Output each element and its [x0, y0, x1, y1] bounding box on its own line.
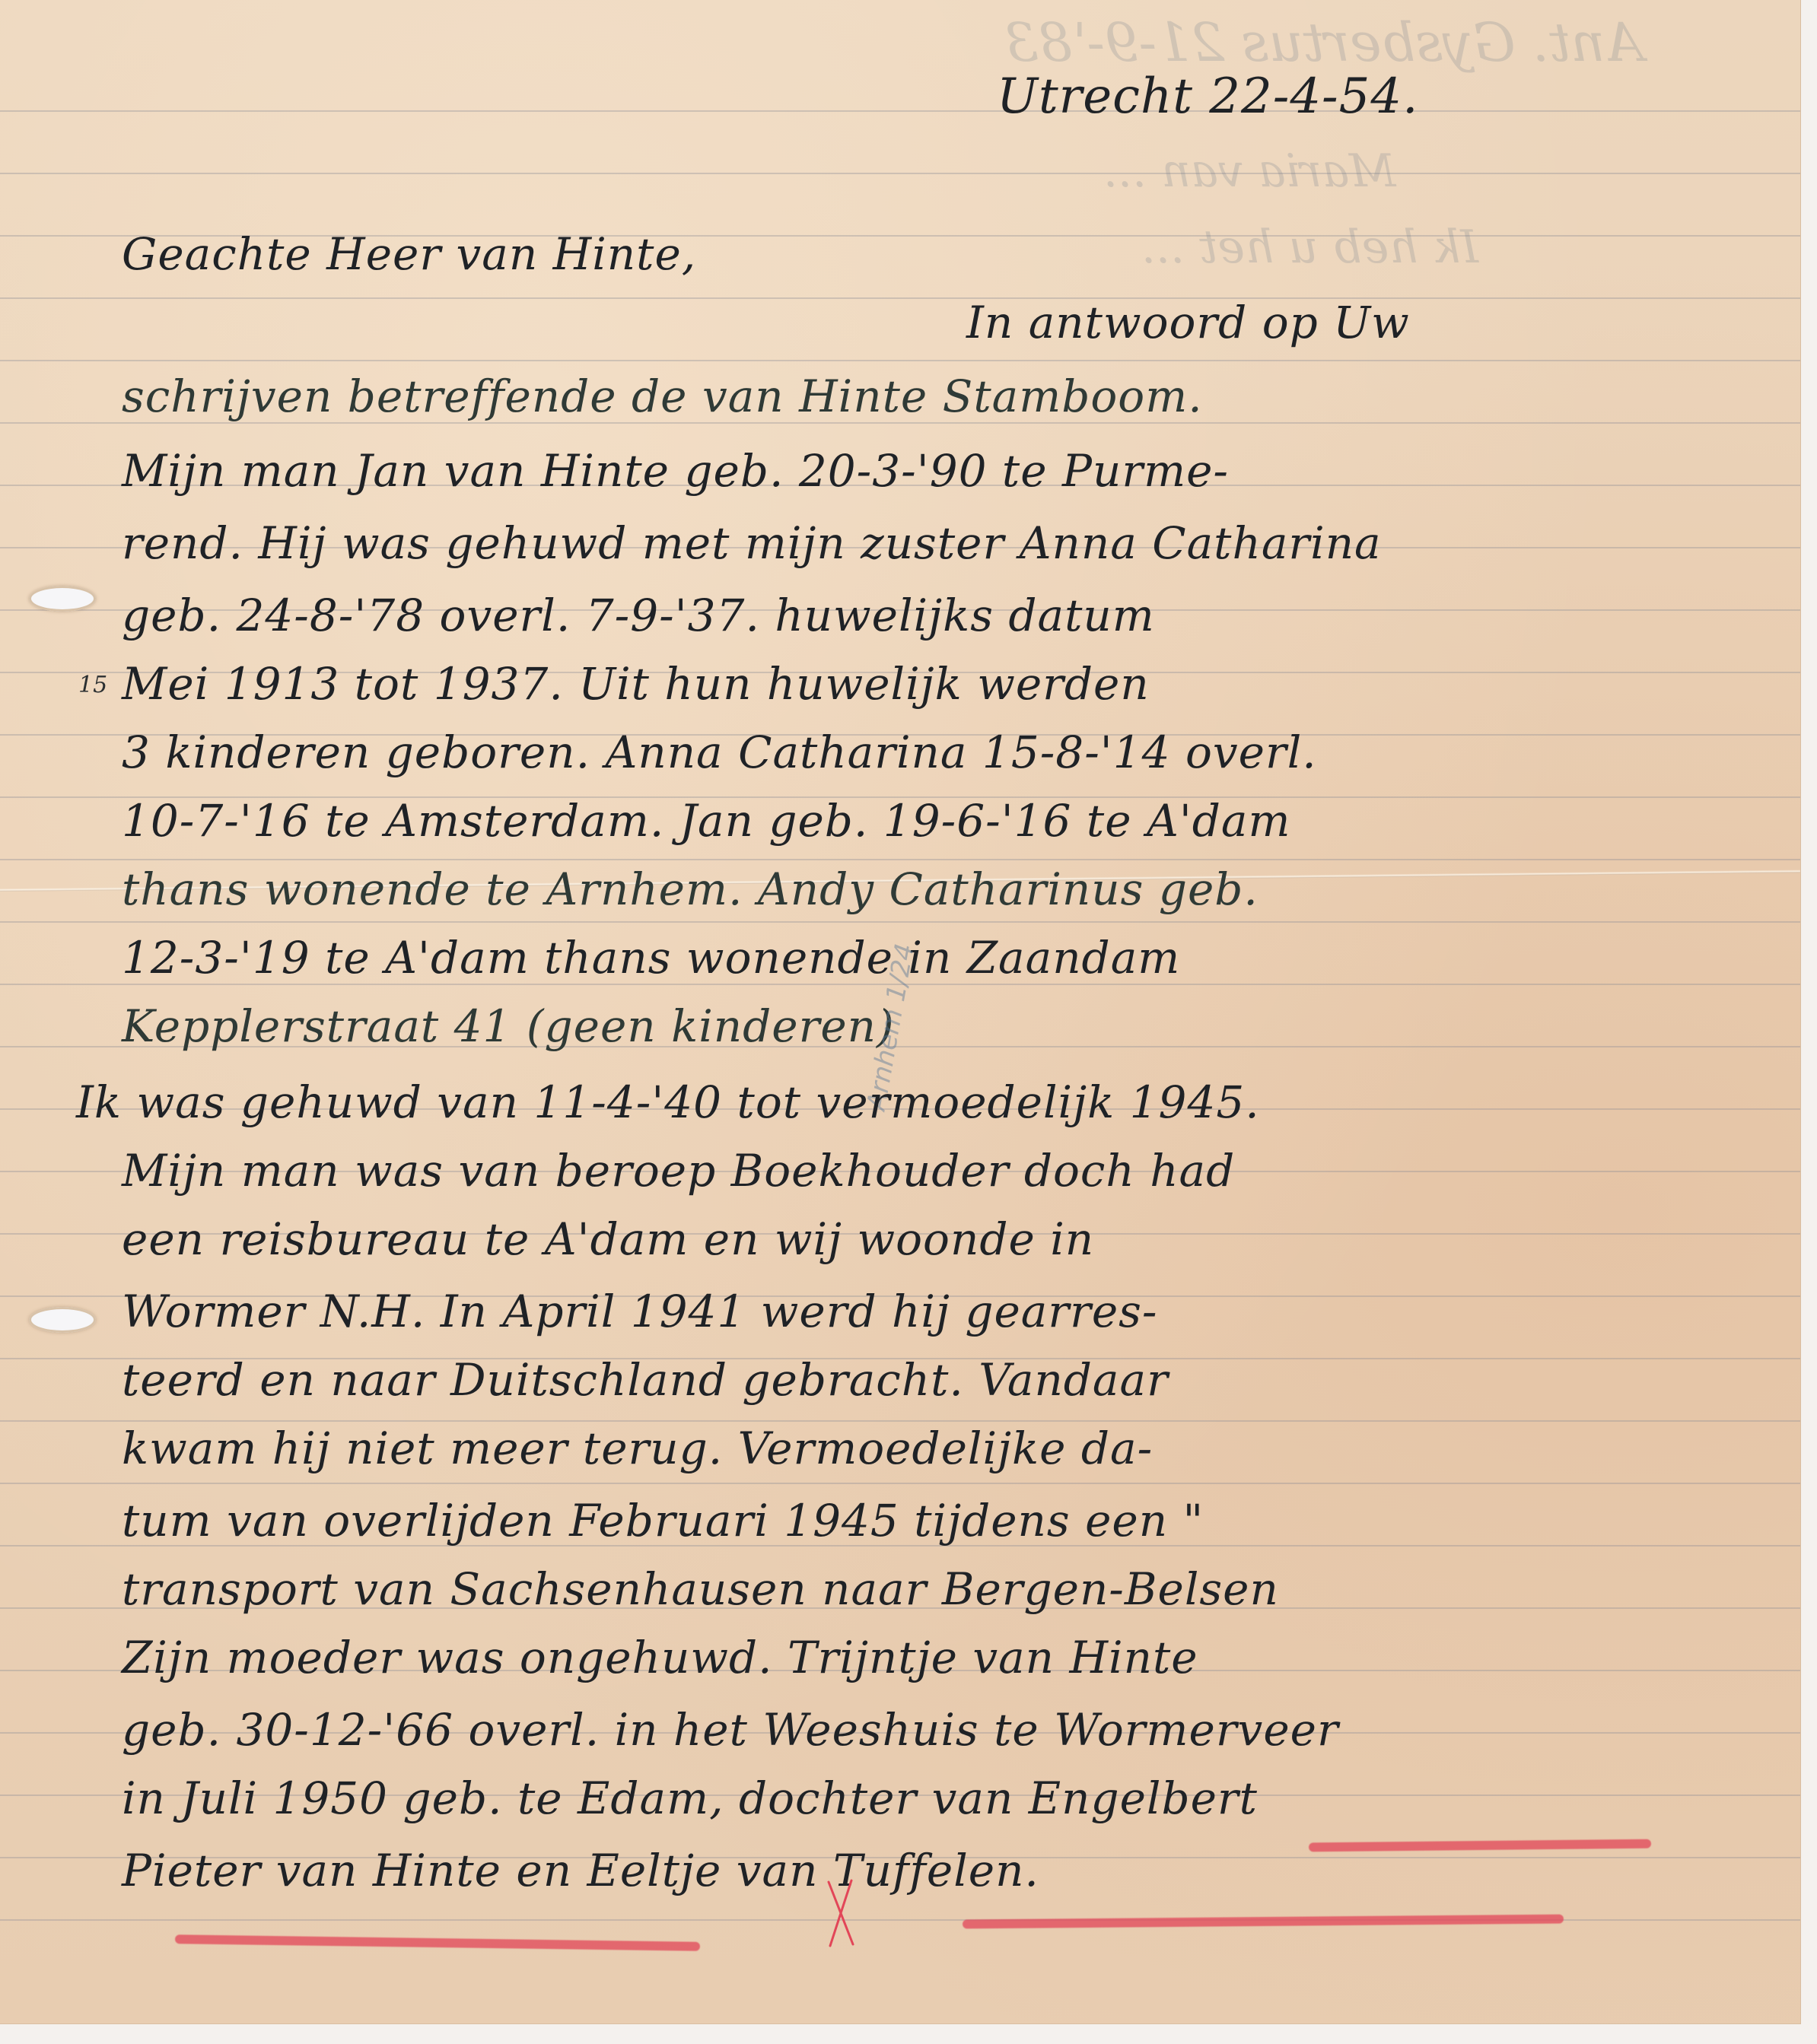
- punch-hole-top: [29, 586, 96, 612]
- body-line-4: rend. Hij was gehuwd met mijn zuster Ann…: [122, 521, 1382, 565]
- margin-day-prefix: 15: [78, 672, 107, 698]
- red-underline-engelbert: [1309, 1839, 1651, 1852]
- body-line-19: transport van Sachsenhausen naar Bergen-…: [122, 1567, 1279, 1611]
- ruled-line: [0, 921, 1800, 923]
- red-x-mark-icon: [826, 1879, 856, 1947]
- body-line-13: Mijn man was van beroep Boekhouder doch …: [122, 1149, 1235, 1193]
- body-line-1: In antwoord op Uw: [966, 300, 1410, 345]
- body-line-3: Mijn man Jan van Hinte geb. 20-3-'90 te …: [122, 449, 1229, 493]
- body-line-17: kwam hij niet meer terug. Vermoedelijke …: [122, 1426, 1153, 1470]
- ruled-line: [0, 110, 1800, 112]
- ruled-line: [0, 173, 1800, 174]
- body-line-21: geb. 30-12-'66 overl. in het Weeshuis te…: [122, 1708, 1339, 1752]
- ruled-line: [0, 1483, 1800, 1484]
- red-underline-pieter-van-hinte: [175, 1934, 700, 1951]
- body-line-23: Pieter van Hinte en Eeltje van Tuffelen.: [122, 1849, 1039, 1893]
- body-line-7: 3 kinderen geboren. Anna Catharina 15-8-…: [122, 730, 1317, 774]
- ruled-line: [0, 360, 1800, 361]
- body-line-16: teerd en naar Duitschland gebracht. Vand…: [122, 1358, 1169, 1402]
- punch-hole-bottom: [29, 1307, 96, 1333]
- body-line-22: in Juli 1950 geb. te Edam, dochter van E…: [122, 1776, 1258, 1820]
- place-date: Utrecht 22-4-54.: [997, 72, 1418, 121]
- ruled-line: [0, 297, 1800, 299]
- body-line-15: Wormer N.H. In April 1941 werd hij gearr…: [122, 1289, 1158, 1334]
- body-line-11: Kepplerstraat 41 (geen kinderen): [122, 1004, 895, 1048]
- ruled-line: [0, 422, 1800, 424]
- ruled-line: [0, 859, 1800, 860]
- body-line-9: thans wonende te Arnhem. Andy Catharinus…: [122, 867, 1259, 911]
- bleed-through-line-2: Maria van ...: [1103, 145, 1396, 198]
- body-line-20: Zijn moeder was ongehuwd. Trijntje van H…: [122, 1636, 1198, 1680]
- body-line-14: een reisbureau te A'dam en wij woonde in: [122, 1217, 1094, 1261]
- salutation: Geachte Heer van Hinte,: [122, 232, 696, 276]
- ruled-line: [0, 1420, 1800, 1422]
- red-underline-eeltje-van-tuffelen: [963, 1915, 1564, 1929]
- bleed-through-line-3: Ik heb u het ...: [1141, 221, 1478, 274]
- body-line-18: tum van overlijden Februari 1945 tijdens…: [122, 1499, 1204, 1543]
- body-line-6: Mei 1913 tot 1937. Uit hun huwelijk werd…: [122, 662, 1150, 706]
- bleed-through-line-1: Ant. Gysbertus 21-9-'83: [1004, 11, 1644, 74]
- body-line-10: 12-3-'19 te A'dam thans wonende in Zaand…: [122, 936, 1180, 980]
- body-line-8: 10-7-'16 te Amsterdam. Jan geb. 19-6-'16…: [122, 799, 1291, 843]
- body-line-5: geb. 24-8-'78 overl. 7-9-'37. huwelijks …: [122, 593, 1155, 637]
- letter-page: Ant. Gysbertus 21-9-'83 Maria van ... Ik…: [0, 0, 1801, 2024]
- body-line-2: schrijven betreffende de van Hinte Stamb…: [122, 374, 1203, 418]
- body-line-12: Ik was gehuwd van 11-4-'40 tot vermoedel…: [76, 1080, 1260, 1124]
